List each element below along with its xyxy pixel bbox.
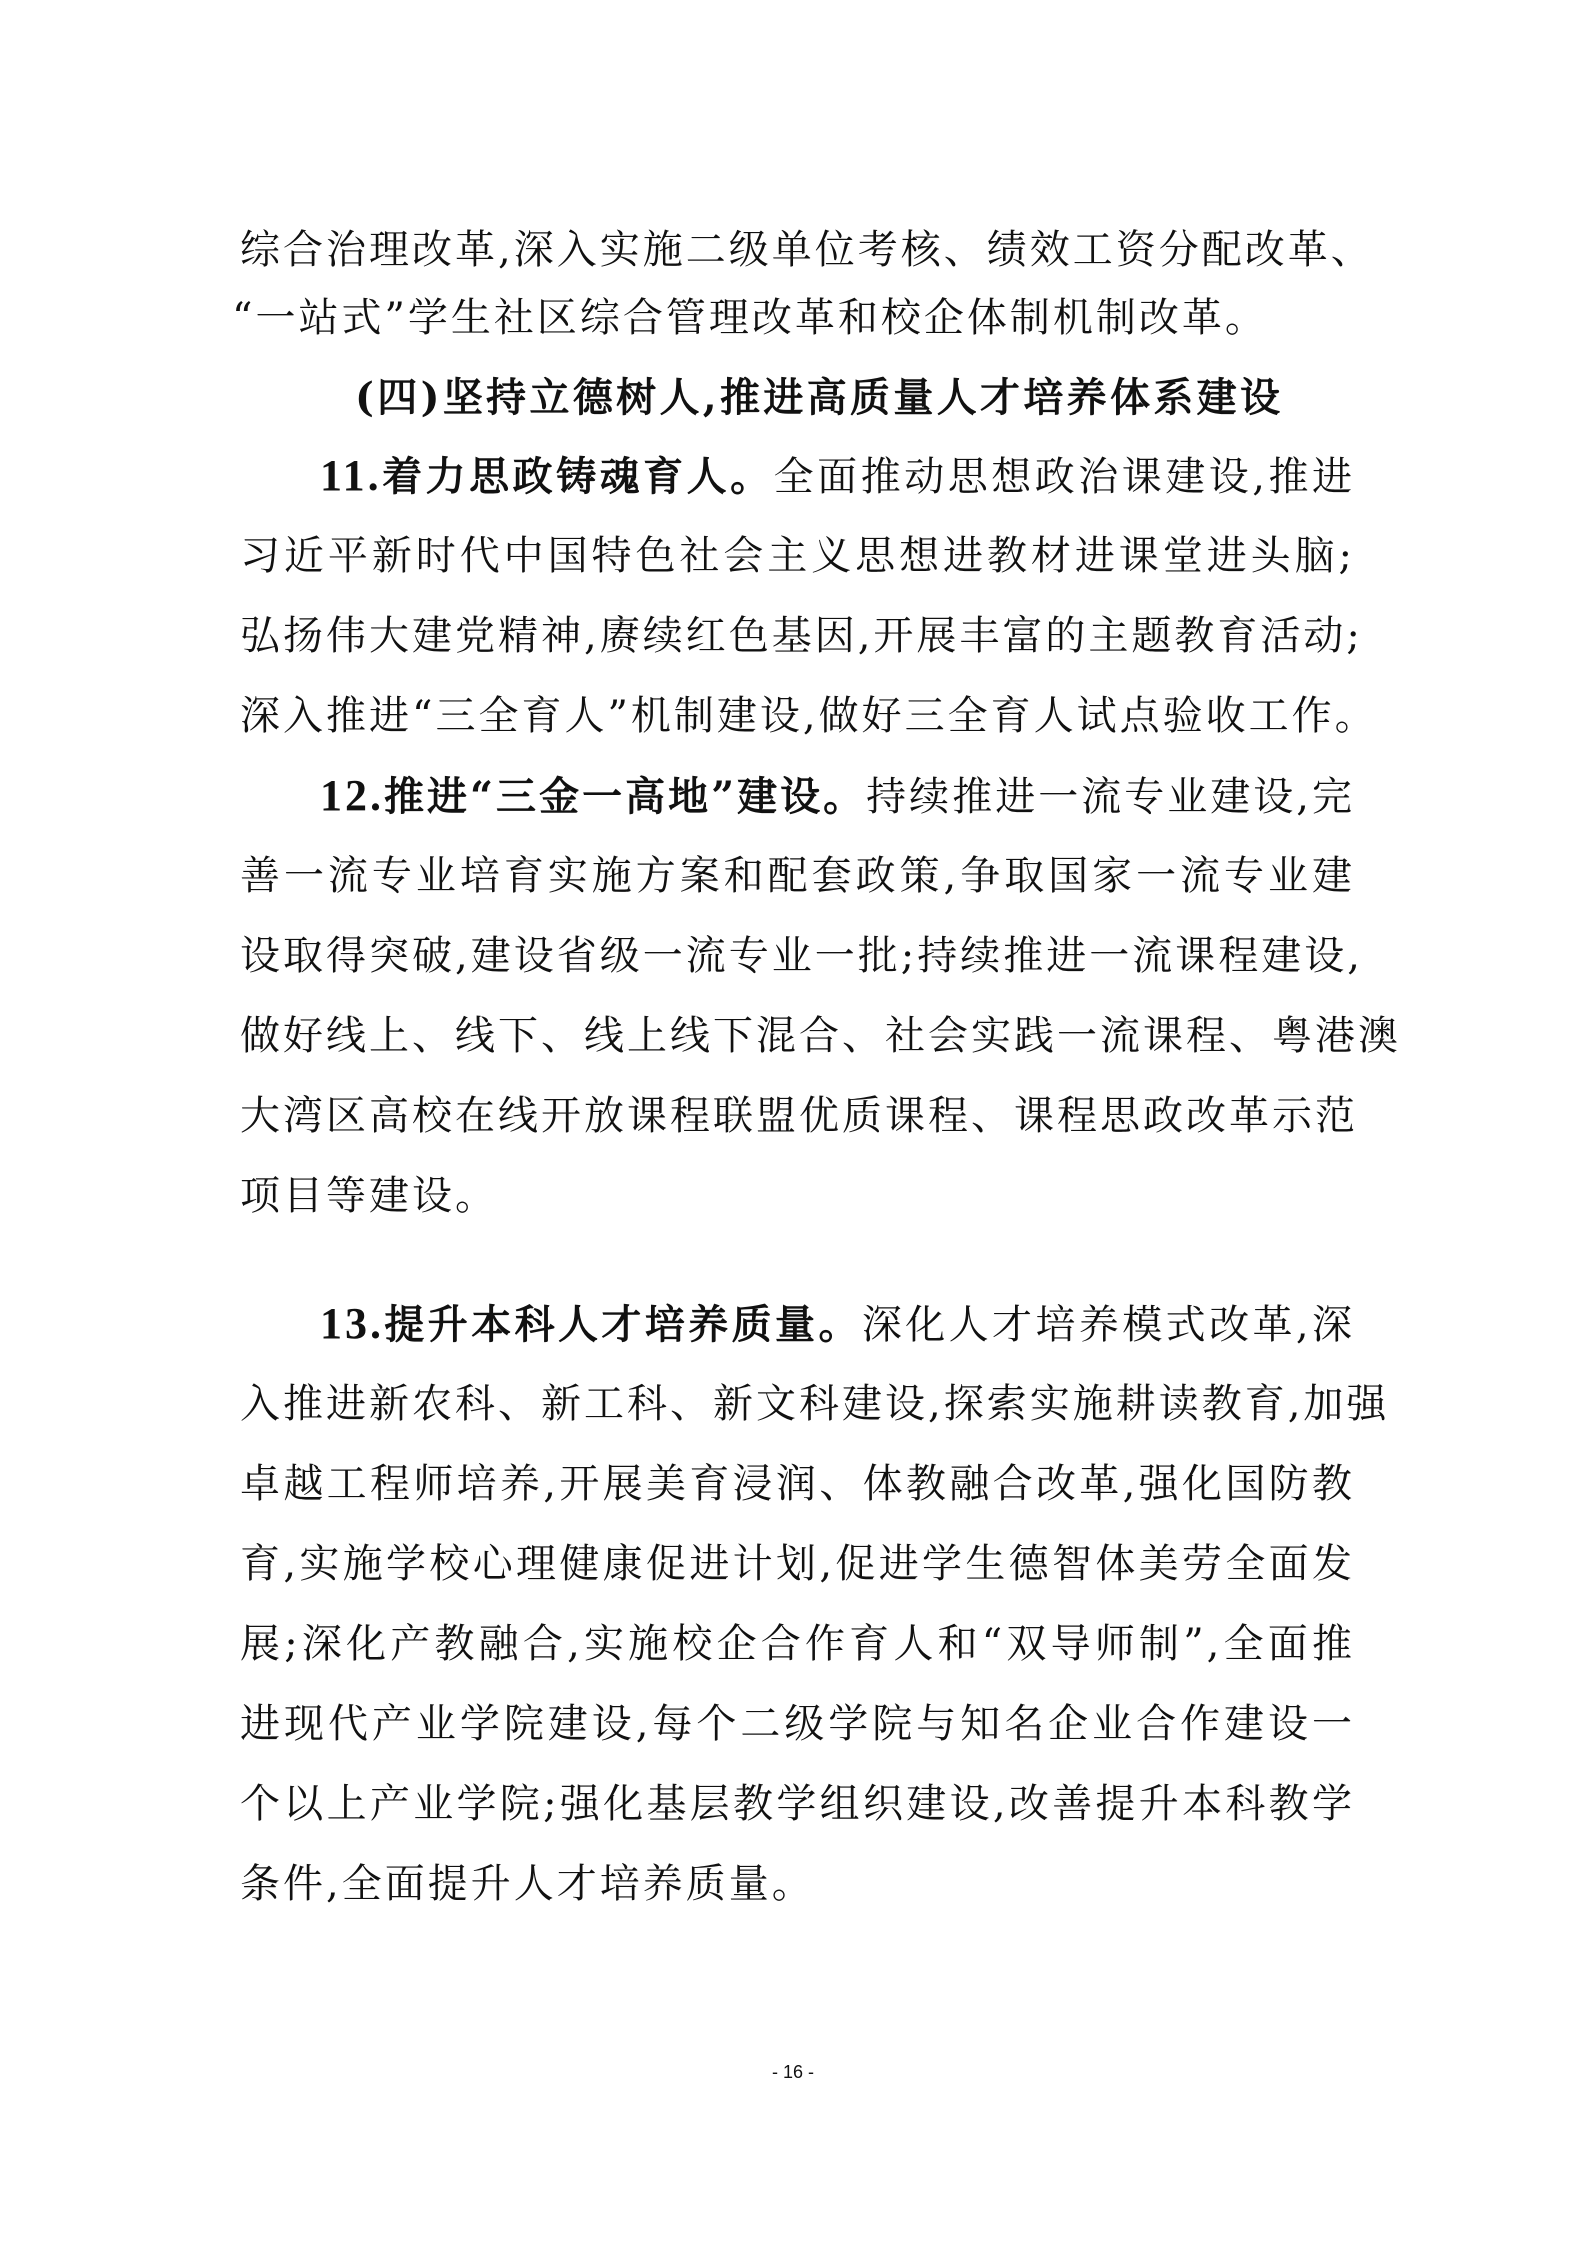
paragraph-line: 深入推进“三全育人”机制建设,做好三全育人试点验收工作。 bbox=[240, 686, 1355, 746]
paragraph-line: 设取得突破,建设省级一流专业一批;持续推进一流课程建设, bbox=[240, 926, 1355, 986]
section-heading: (四)坚持立德树人,推进高质量人才培养体系建设 bbox=[355, 368, 1280, 428]
paragraph-line: 做好线上、线下、线上线下混合、社会实践一流课程、粤港澳 bbox=[240, 1006, 1355, 1066]
item-text: 深化人才培养模式改革,深 bbox=[862, 1302, 1355, 1348]
item-11-first-line: 11.着力思政铸魂育人。全面推动思想政治课建设,推进 bbox=[320, 446, 1355, 507]
item-12-first-line: 12.推进“三金一高地”建设。持续推进一流专业建设,完 bbox=[320, 766, 1355, 827]
item-number: 11. bbox=[320, 451, 382, 500]
item-title: 推进“三金一高地”建设。 bbox=[384, 773, 866, 820]
item-13-first-line: 13.提升本科人才培养质量。深化人才培养模式改革,深 bbox=[320, 1294, 1355, 1355]
item-text: 全面推动思想政治课建设,推进 bbox=[774, 454, 1355, 500]
paragraph-line: 进现代产业学院建设,每个二级学院与知名企业合作建设一 bbox=[240, 1694, 1355, 1754]
document-page: 综合治理改革,深入实施二级单位考核、绩效工资分配改革、 “一站式”学生社区综合管… bbox=[0, 0, 1586, 2245]
paragraph-line: 综合治理改革,深入实施二级单位考核、绩效工资分配改革、 bbox=[240, 220, 1355, 280]
item-number: 13. bbox=[320, 1299, 384, 1348]
item-number: 12. bbox=[320, 771, 384, 820]
paragraph-line: 展;深化产教融合,实施校企合作育人和“双导师制”,全面推 bbox=[240, 1614, 1355, 1674]
paragraph-line: 项目等建设。 bbox=[240, 1166, 1355, 1226]
paragraph-line: “一站式”学生社区综合管理改革和校企体制机制改革。 bbox=[232, 288, 1347, 348]
paragraph-line: 入推进新农科、新工科、新文科建设,探索实施耕读教育,加强 bbox=[240, 1374, 1355, 1434]
paragraph-line: 条件,全面提升人才培养质量。 bbox=[240, 1854, 1355, 1914]
item-text: 持续推进一流专业建设,完 bbox=[866, 774, 1355, 820]
paragraph-line: 个以上产业学院;强化基层教学组织建设,改善提升本科教学 bbox=[240, 1774, 1355, 1834]
paragraph-line: 大湾区高校在线开放课程联盟优质课程、课程思政改革示范 bbox=[240, 1086, 1355, 1146]
paragraph-line: 习近平新时代中国特色社会主义思想进教材进课堂进头脑; bbox=[240, 526, 1355, 586]
paragraph-line: 卓越工程师培养,开展美育浸润、体教融合改革,强化国防教 bbox=[240, 1454, 1355, 1514]
page-number: - 16 - bbox=[0, 2062, 1586, 2083]
paragraph-line: 弘扬伟大建党精神,赓续红色基因,开展丰富的主题教育活动; bbox=[240, 606, 1355, 666]
item-title: 提升本科人才培养质量。 bbox=[384, 1301, 862, 1348]
paragraph-line: 善一流专业培育实施方案和配套政策,争取国家一流专业建 bbox=[240, 846, 1355, 906]
item-title: 着力思政铸魂育人。 bbox=[382, 453, 774, 500]
paragraph-line: 育,实施学校心理健康促进计划,促进学生德智体美劳全面发 bbox=[240, 1534, 1355, 1594]
